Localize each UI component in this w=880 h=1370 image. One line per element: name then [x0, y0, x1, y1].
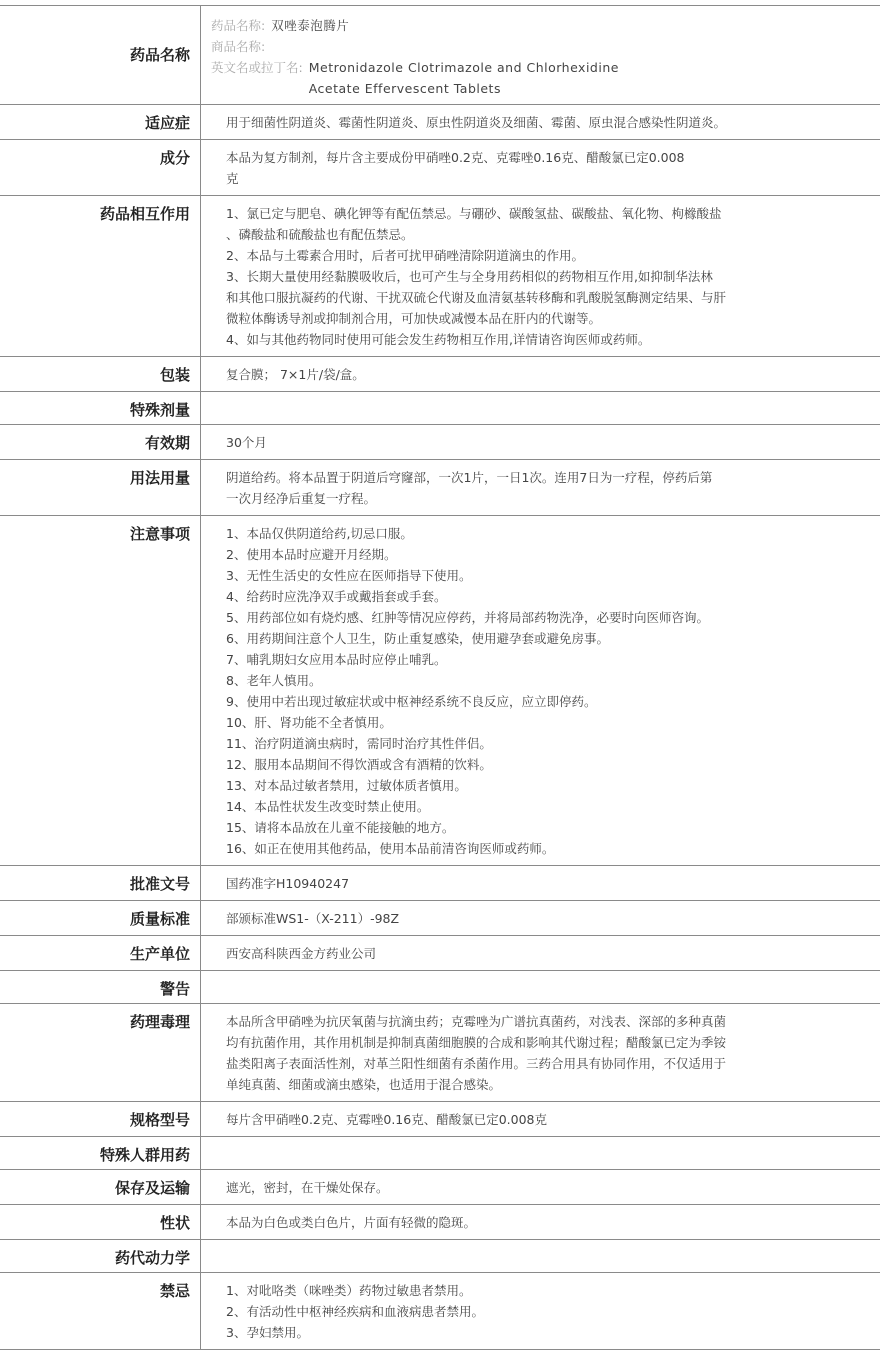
row-special-dose: 特殊剂量 — [0, 392, 880, 425]
english-name-value: Metronidazole Clotrimazole and Chlorhexi… — [303, 57, 619, 99]
english-name-line-2: Acetate Effervescent Tablets — [309, 78, 619, 99]
usage-line-2: 一次月经净后重复一疗程。 — [226, 488, 870, 509]
precaution-item: 2、使用本品时应避开月经期。 — [226, 544, 870, 565]
precaution-item: 13、对本品过敏者禁用，过敏体质者慎用。 — [226, 775, 870, 796]
value-pharmacology: 本品所含甲硝唑为抗厌氧菌与抗滴虫药；克霉唑为广谱抗真菌药，对浅表、深部的多种真菌… — [201, 1004, 880, 1102]
row-validity: 有效期 30个月 — [0, 425, 880, 460]
precaution-item: 14、本品性状发生改变时禁止使用。 — [226, 796, 870, 817]
interactions-line: 、磷酸盐和硫酸盐也有配伍禁忌。 — [226, 224, 870, 245]
label-pharmacology: 药理毒理 — [0, 1004, 201, 1102]
precaution-item: 9、使用中若出现过敏症状或中枢神经系统不良反应，应立即停药。 — [226, 691, 870, 712]
row-manufacturer: 生产单位 西安高科陕西金方药业公司 — [0, 936, 880, 971]
label-usage: 用法用量 — [0, 460, 201, 516]
value-precautions: 1、本品仅供阴道给药,切忌口服。 2、使用本品时应避开月经期。 3、无性生活史的… — [201, 516, 880, 866]
label-special-population: 特殊人群用药 — [0, 1137, 201, 1170]
label-special-dose: 特殊剂量 — [0, 392, 201, 425]
row-precautions: 注意事项 1、本品仅供阴道给药,切忌口服。 2、使用本品时应避开月经期。 3、无… — [0, 516, 880, 866]
precaution-item: 11、治疗阴道滴虫病时，需同时治疗其性伴侣。 — [226, 733, 870, 754]
ingredients-line-2: 克 — [226, 168, 870, 189]
drug-name-key: 药品名称: — [211, 15, 265, 36]
precaution-item: 8、老年人慎用。 — [226, 670, 870, 691]
label-interactions: 药品相互作用 — [0, 196, 201, 357]
value-warning — [201, 971, 880, 1004]
precaution-item: 6、用药期间注意个人卫生，防止重复感染，使用避孕套或避免房事。 — [226, 628, 870, 649]
english-name-line-1: Metronidazole Clotrimazole and Chlorhexi… — [309, 57, 619, 78]
label-approval: 批准文号 — [0, 866, 201, 901]
interactions-line: 1、氯已定与肥皂、碘化钾等有配伍禁忌。与硼砂、碳酸氢盐、碳酸盐、氧化物、枸橼酸盐 — [226, 203, 870, 224]
value-manufacturer: 西安高科陕西金方药业公司 — [201, 936, 880, 971]
contraindication-item: 2、有活动性中枢神经疾病和血液病患者禁用。 — [226, 1301, 870, 1322]
value-special-dose — [201, 392, 880, 425]
value-storage: 遮光，密封，在干燥处保存。 — [201, 1170, 880, 1205]
english-name-key: 英文名或拉丁名: — [211, 57, 303, 99]
ingredients-line-1: 本品为复方制剂，每片含主要成份甲硝唑0.2克、克霉唑0.16克、醋酸氯已定0.0… — [226, 147, 870, 168]
value-contraindications: 1、对吡咯类（咪唑类）药物过敏患者禁用。 2、有活动性中枢神经疾病和血液病患者禁… — [201, 1273, 880, 1350]
precaution-item: 4、给药时应洗净双手或戴指套或手套。 — [226, 586, 870, 607]
row-storage: 保存及运输 遮光，密封，在干燥处保存。 — [0, 1170, 880, 1205]
row-warning: 警告 — [0, 971, 880, 1004]
value-usage: 阴道给药。将本品置于阴道后穹窿部，一次1片，一日1次。连用7日为一疗程，停药后第… — [201, 460, 880, 516]
interactions-line: 4、如与其他药物同时使用可能会发生药物相互作用,详情请咨询医师或药师。 — [226, 329, 870, 350]
precaution-item: 15、请将本品放在儿童不能接触的地方。 — [226, 817, 870, 838]
precaution-item: 12、服用本品期间不得饮酒或含有酒精的饮料。 — [226, 754, 870, 775]
row-indication: 适应症 用于细菌性阴道炎、霉菌性阴道炎、原虫性阴道炎及细菌、霉菌、原虫混合感染性… — [0, 105, 880, 140]
contraindication-item: 3、孕妇禁用。 — [226, 1322, 870, 1343]
row-standard: 质量标准 部颁标准WS1-（X-211）-98Z — [0, 901, 880, 936]
row-pharmacokinetics: 药代动力学 — [0, 1240, 880, 1273]
label-manufacturer: 生产单位 — [0, 936, 201, 971]
precaution-item: 7、哺乳期妇女应用本品时应停止哺乳。 — [226, 649, 870, 670]
pharmacology-line: 盐类阳离子表面活性剂，对革兰阳性细菌有杀菌作用。三药合用具有协同作用，不仅适用于 — [226, 1053, 870, 1074]
value-approval: 国药准字H10940247 — [201, 866, 880, 901]
row-appearance: 性状 本品为白色或类白色片，片面有轻微的隐斑。 — [0, 1205, 880, 1240]
value-drug-name: 药品名称:双唑泰泡腾片 商品名称: 英文名或拉丁名:Metronidazole … — [201, 6, 880, 105]
row-drug-name: 药品名称 药品名称:双唑泰泡腾片 商品名称: 英文名或拉丁名:Metronida… — [0, 6, 880, 105]
value-package: 复合膜； 7×1片/袋/盒。 — [201, 357, 880, 392]
label-standard: 质量标准 — [0, 901, 201, 936]
trade-name-value — [265, 36, 271, 57]
value-spec: 每片含甲硝唑0.2克、克霉唑0.16克、醋酸氯已定0.008克 — [201, 1102, 880, 1137]
value-indication: 用于细菌性阴道炎、霉菌性阴道炎、原虫性阴道炎及细菌、霉菌、原虫混合感染性阴道炎。 — [201, 105, 880, 140]
precaution-item: 5、用药部位如有烧灼感、红肿等情况应停药，并将局部药物洗净，必要时向医师咨询。 — [226, 607, 870, 628]
label-pharmacokinetics: 药代动力学 — [0, 1240, 201, 1273]
label-drug-name: 药品名称 — [0, 6, 201, 105]
precaution-item: 16、如正在使用其他药品，使用本品前清咨询医师或药师。 — [226, 838, 870, 859]
row-spec: 规格型号 每片含甲硝唑0.2克、克霉唑0.16克、醋酸氯已定0.008克 — [0, 1102, 880, 1137]
label-precautions: 注意事项 — [0, 516, 201, 866]
row-ingredients: 成分 本品为复方制剂，每片含主要成份甲硝唑0.2克、克霉唑0.16克、醋酸氯已定… — [0, 140, 880, 196]
label-storage: 保存及运输 — [0, 1170, 201, 1205]
value-validity: 30个月 — [201, 425, 880, 460]
value-appearance: 本品为白色或类白色片，片面有轻微的隐斑。 — [201, 1205, 880, 1240]
drug-info-table: 药品名称 药品名称:双唑泰泡腾片 商品名称: 英文名或拉丁名:Metronida… — [0, 5, 880, 1350]
usage-line-1: 阴道给药。将本品置于阴道后穹窿部，一次1片，一日1次。连用7日为一疗程，停药后第 — [226, 467, 870, 488]
label-appearance: 性状 — [0, 1205, 201, 1240]
value-ingredients: 本品为复方制剂，每片含主要成份甲硝唑0.2克、克霉唑0.16克、醋酸氯已定0.0… — [201, 140, 880, 196]
row-special-population: 特殊人群用药 — [0, 1137, 880, 1170]
interactions-line: 和其他口服抗凝药的代谢、干扰双硫仑代谢及血清氨基转移酶和乳酸脱氢酶测定结果、与肝 — [226, 287, 870, 308]
precaution-item: 1、本品仅供阴道给药,切忌口服。 — [226, 523, 870, 544]
pharmacology-line: 单纯真菌、细菌或滴虫感染，也适用于混合感染。 — [226, 1074, 870, 1095]
label-contraindications: 禁忌 — [0, 1273, 201, 1350]
trade-name-key: 商品名称: — [211, 36, 265, 57]
row-contraindications: 禁忌 1、对吡咯类（咪唑类）药物过敏患者禁用。 2、有活动性中枢神经疾病和血液病… — [0, 1273, 880, 1350]
interactions-line: 微粒体酶诱导剂或抑制剂合用，可加快或减慢本品在肝内的代谢等。 — [226, 308, 870, 329]
value-special-population — [201, 1137, 880, 1170]
label-package: 包装 — [0, 357, 201, 392]
row-usage: 用法用量 阴道给药。将本品置于阴道后穹窿部，一次1片，一日1次。连用7日为一疗程… — [0, 460, 880, 516]
interactions-line: 3、长期大量使用经黏膜吸收后，也可产生与全身用药相似的药物相互作用,如抑制华法林 — [226, 266, 870, 287]
row-interactions: 药品相互作用 1、氯已定与肥皂、碘化钾等有配伍禁忌。与硼砂、碳酸氢盐、碳酸盐、氧… — [0, 196, 880, 357]
label-validity: 有效期 — [0, 425, 201, 460]
label-ingredients: 成分 — [0, 140, 201, 196]
pharmacology-line: 均有抗菌作用，其作用机制是抑制真菌细胞膜的合成和影响其代谢过程；醋酸氯已定为季铵 — [226, 1032, 870, 1053]
label-indication: 适应症 — [0, 105, 201, 140]
precaution-item: 3、无性生活史的女性应在医师指导下使用。 — [226, 565, 870, 586]
row-approval: 批准文号 国药准字H10940247 — [0, 866, 880, 901]
value-interactions: 1、氯已定与肥皂、碘化钾等有配伍禁忌。与硼砂、碳酸氢盐、碳酸盐、氧化物、枸橼酸盐… — [201, 196, 880, 357]
value-standard: 部颁标准WS1-（X-211）-98Z — [201, 901, 880, 936]
row-package: 包装 复合膜； 7×1片/袋/盒。 — [0, 357, 880, 392]
row-pharmacology: 药理毒理 本品所含甲硝唑为抗厌氧菌与抗滴虫药；克霉唑为广谱抗真菌药，对浅表、深部… — [0, 1004, 880, 1102]
precaution-item: 10、肝、肾功能不全者慎用。 — [226, 712, 870, 733]
contraindication-item: 1、对吡咯类（咪唑类）药物过敏患者禁用。 — [226, 1280, 870, 1301]
label-spec: 规格型号 — [0, 1102, 201, 1137]
label-warning: 警告 — [0, 971, 201, 1004]
pharmacology-line: 本品所含甲硝唑为抗厌氧菌与抗滴虫药；克霉唑为广谱抗真菌药，对浅表、深部的多种真菌 — [226, 1011, 870, 1032]
value-pharmacokinetics — [201, 1240, 880, 1273]
interactions-line: 2、本品与土霉素合用时，后者可扰甲硝唑清除阴道滴虫的作用。 — [226, 245, 870, 266]
drug-name-value: 双唑泰泡腾片 — [265, 15, 349, 36]
